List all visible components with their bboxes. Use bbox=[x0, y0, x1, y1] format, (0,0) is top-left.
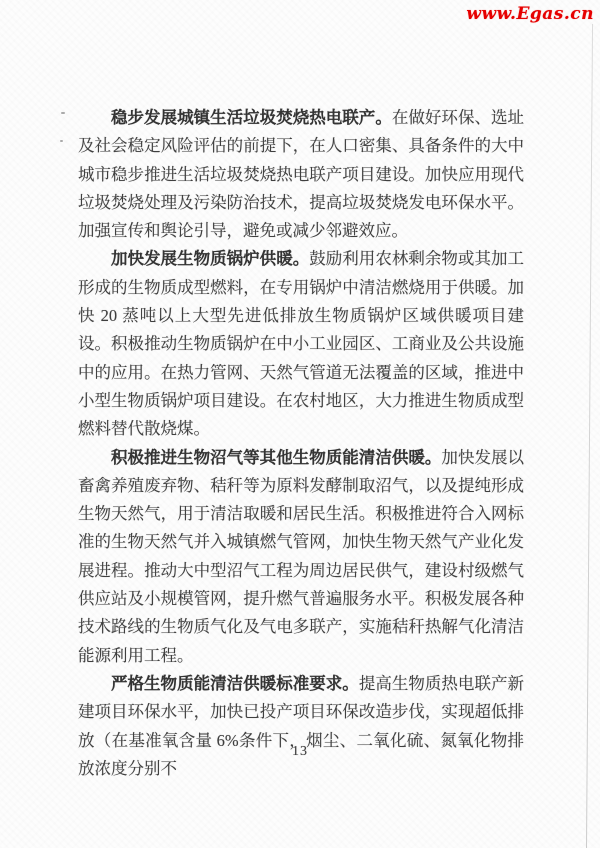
paragraph-4: 严格生物质能清洁供暖标准要求。提高生物质热电联产新建项目环保水平，加快已投产项目… bbox=[78, 670, 524, 783]
page-number: 13 bbox=[0, 744, 600, 760]
paragraph-3: 积极推进生物沼气等其他生物质能清洁供暖。加快发展以畜禽养殖废弃物、秸秆等为原料发… bbox=[78, 444, 524, 670]
watermark-text: www.Egas.cn bbox=[466, 4, 594, 24]
paragraph-2: 加快发展生物质锅炉供暖。鼓励利用农林剩余物或其加工形成的生物质成型燃料，在专用锅… bbox=[78, 245, 524, 443]
scan-speck bbox=[60, 140, 63, 142]
paragraph-3-body: 加快发展以畜禽养殖废弃物、秸秆等为原料发酵制取沼气，以及提纯形成生物天然气，用于… bbox=[78, 448, 524, 665]
document-body: 稳步发展城镇生活垃圾焚烧热电联产。在做好环保、选址及社会稳定风险评估的前提下，在… bbox=[78, 104, 524, 783]
paragraph-1-lead: 稳步发展城镇生活垃圾焚烧热电联产。 bbox=[111, 108, 392, 127]
paragraph-1-body: 在做好环保、选址及社会稳定风险评估的前提下，在人口密集、具备条件的大中城市稳步推… bbox=[78, 108, 524, 240]
paragraph-1: 稳步发展城镇生活垃圾焚烧热电联产。在做好环保、选址及社会稳定风险评估的前提下，在… bbox=[78, 104, 524, 245]
paragraph-2-body: 鼓励利用农林剩余物或其加工形成的生物质成型燃料，在专用锅炉中清洁燃烧用于供暖。加… bbox=[78, 249, 524, 438]
scan-edge-line bbox=[586, 24, 593, 848]
paragraph-2-lead: 加快发展生物质锅炉供暖。 bbox=[111, 249, 309, 268]
document-page: www.Egas.cn 稳步发展城镇生活垃圾焚烧热电联产。在做好环保、选址及社会… bbox=[0, 0, 600, 848]
paragraph-3-lead: 积极推进生物沼气等其他生物质能清洁供暖。 bbox=[111, 448, 441, 467]
paragraph-4-lead: 严格生物质能清洁供暖标准要求。 bbox=[111, 674, 359, 693]
scan-speck bbox=[61, 112, 65, 114]
